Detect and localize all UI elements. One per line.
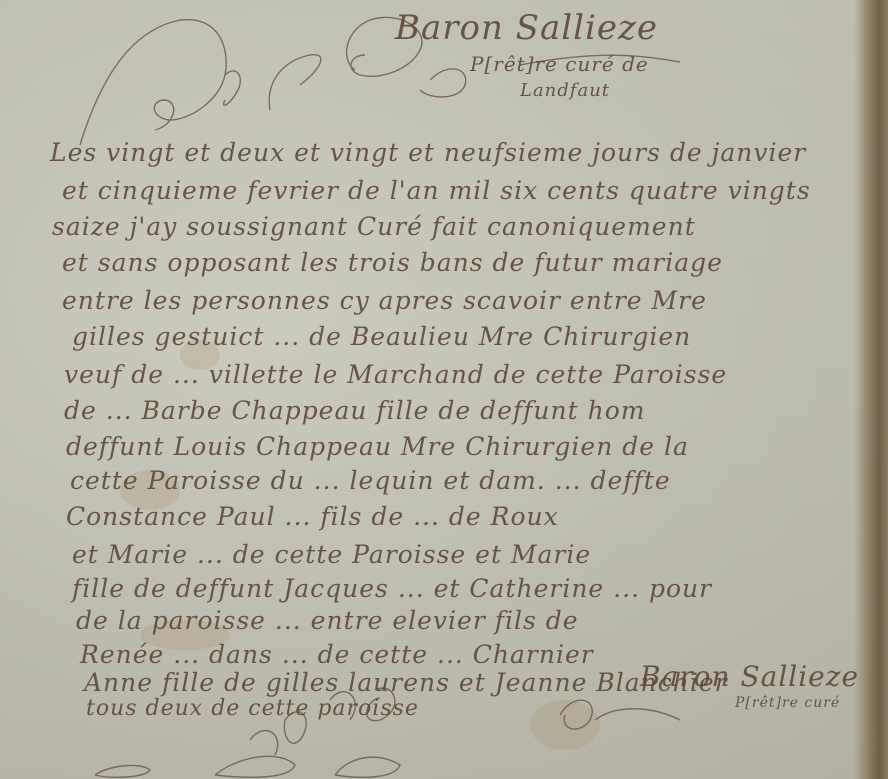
body-line-8: de ... Barbe Chappeau fille de deffunt h… bbox=[64, 396, 645, 425]
body-line-17: tous deux de cette paroisse bbox=[86, 696, 419, 721]
body-line-11: Constance Paul ... fils de ... de Roux bbox=[66, 502, 559, 531]
body-line-12: et Marie ... de cette Paroisse et Marie bbox=[72, 540, 591, 569]
paper-stain bbox=[530, 700, 600, 750]
body-line-2: et cinquieme fevrier de l'an mil six cen… bbox=[62, 176, 811, 205]
body-line-6: gilles gestuict ... de Beaulieu Mre Chir… bbox=[72, 322, 691, 351]
body-line-14: de la paroisse ... entre elevier fils de bbox=[76, 606, 579, 635]
body-line-4: et sans opposant les trois bans de futur… bbox=[62, 248, 723, 277]
header-signature-name: Baron Sallieze bbox=[395, 8, 658, 48]
body-line-5: entre les personnes cy apres scavoir ent… bbox=[62, 286, 707, 315]
body-line-16: Anne fille de gilles laurens et Jeanne B… bbox=[84, 668, 728, 697]
closing-signature-title: P[rêt]re curé bbox=[735, 695, 840, 711]
body-line-9: deffunt Louis Chappeau Mre Chirurgien de… bbox=[66, 432, 689, 461]
header-signature-parish: Landfaut bbox=[520, 80, 610, 101]
header-signature-title: P[rêt]re curé de bbox=[470, 52, 649, 76]
body-line-7: veuf de ... villette le Marchand de cett… bbox=[64, 360, 727, 389]
closing-signature-name: Baron Sallieze bbox=[640, 660, 859, 693]
book-binding-edge bbox=[854, 0, 888, 779]
body-line-3: saize j'ay soussignant Curé fait canoniq… bbox=[52, 212, 696, 241]
manuscript-page: Baron Sallieze P[rêt]re curé de Landfaut… bbox=[0, 0, 888, 779]
body-line-1: Les vingt et deux et vingt et neufsieme … bbox=[50, 138, 806, 167]
body-line-15: Renée ... dans ... de cette ... Charnier bbox=[80, 640, 594, 669]
body-line-13: fille de deffunt Jacques ... et Catherin… bbox=[72, 574, 712, 603]
body-line-10: cette Paroisse du ... lequin et dam. ...… bbox=[70, 466, 671, 495]
